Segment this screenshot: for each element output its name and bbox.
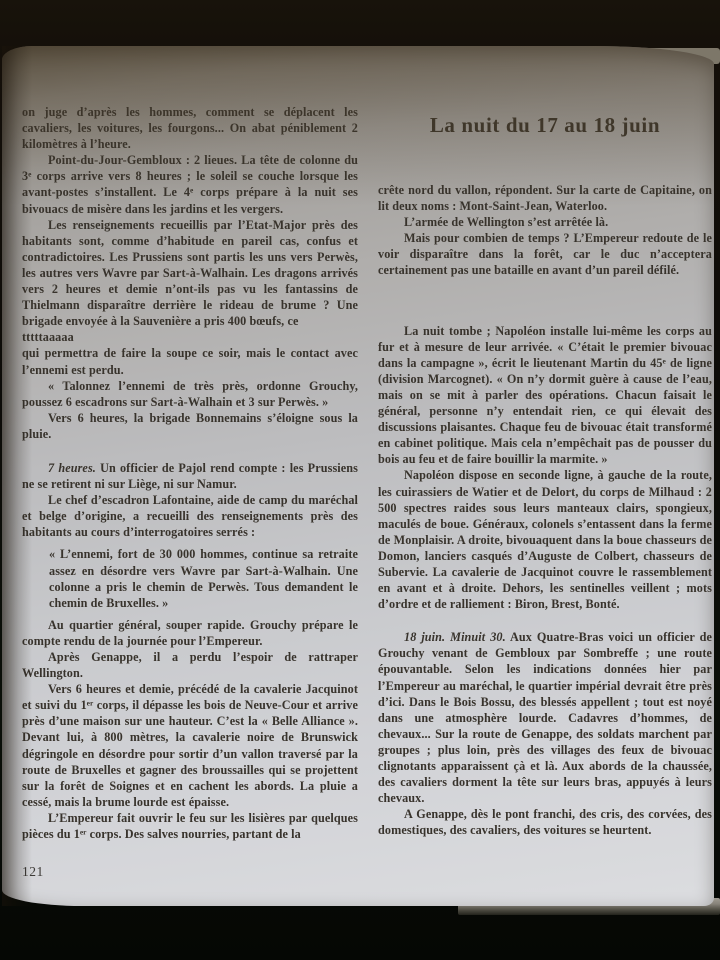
paragraph: Vers 6 heures, la brigade Bonnemains s’é… [22, 410, 358, 442]
paragraph: 18 juin. Minuit 30. Aux Quatre-Bras voic… [378, 629, 712, 806]
paragraph-text: Aux Quatre-Bras voici un officier de Gro… [378, 630, 712, 805]
page-number: 121 [22, 864, 44, 880]
paragraph: Vers 6 heures et demie, précédé de la ca… [22, 681, 358, 810]
paragraph: Napoléon dispose en seconde ligne, à gau… [378, 467, 712, 612]
paragraph: Point-du-Jour-Gembloux : 2 lieues. La tê… [22, 152, 358, 216]
block-quote: « L’ennemi, fort de 30 000 hommes, conti… [49, 546, 358, 610]
paragraph: L’Empereur fait ouvrir le feu sur les li… [22, 810, 358, 842]
chapter-heading: La nuit du 17 au 18 juin [378, 112, 712, 138]
paragraph: 7 heures. Un officier de Pajol rend comp… [22, 460, 358, 492]
paragraph: crête nord du vallon, répondent. Sur la … [378, 182, 712, 214]
paragraph: L’armée de Wellington s’est arrêtée là. [378, 214, 712, 230]
left-column: on juge d’après les hommes, comment se d… [22, 104, 358, 842]
photo-background: on juge d’après les hommes, comment se d… [0, 0, 720, 960]
paragraph: Les renseignements recueillis par l’Etat… [22, 217, 358, 330]
paragraph: Le chef d’escadron Lafontaine, aide de c… [22, 492, 358, 540]
paragraph: qui permettra de faire la soupe ce soir,… [22, 345, 358, 377]
right-column: La nuit du 17 au 18 juin crête nord du v… [378, 106, 712, 838]
paragraph-lead: 7 heures. [48, 461, 96, 475]
paragraph: « Talonnez l’ennemi de très près, ordonn… [22, 378, 358, 410]
paragraph: Après Genappe, il a perdu l’espoir de ra… [22, 649, 358, 681]
paragraph: Au quartier général, souper rapide. Grou… [22, 617, 358, 649]
paragraph: on juge d’après les hommes, comment se d… [22, 104, 358, 152]
paragraph-print-artifact: tttttaaaaa [22, 329, 358, 345]
paragraph: A Genappe, dès le pont franchi, des cris… [378, 806, 712, 838]
paragraph-lead: 18 juin. Minuit 30. [404, 630, 506, 644]
paragraph: La nuit tombe ; Napoléon installe lui-mê… [378, 323, 712, 468]
book-page: on juge d’après les hommes, comment se d… [2, 46, 714, 906]
paragraph: Mais pour combien de temps ? L’Empereur … [378, 230, 712, 278]
